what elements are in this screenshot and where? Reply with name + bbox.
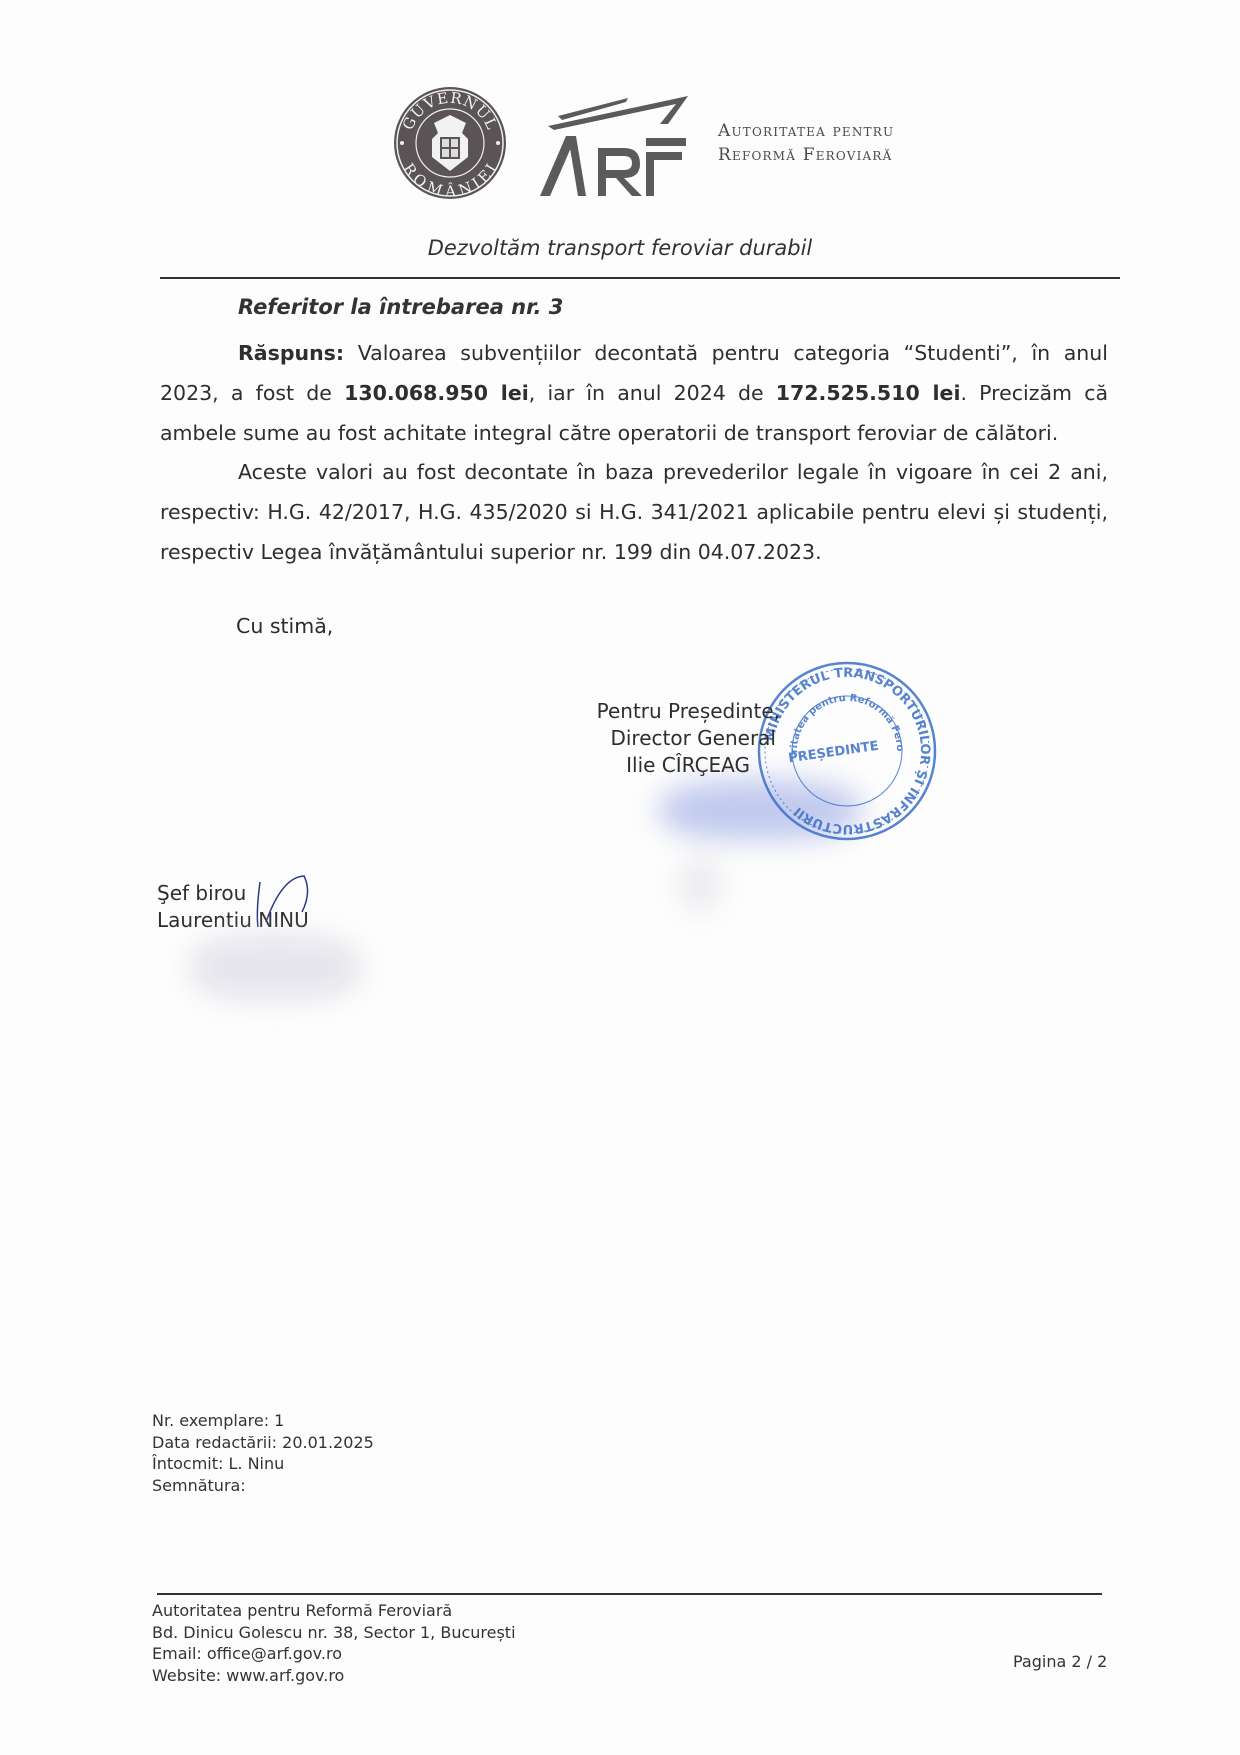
signatory-role: Pentru Președinte,	[560, 698, 780, 725]
footer-divider	[157, 1593, 1102, 1595]
signatory-title: Director General	[560, 725, 780, 752]
footer-email: Email: office@arf.gov.ro	[152, 1643, 516, 1665]
answer-text-b: , iar în anul 2024 de	[529, 381, 776, 405]
legal-basis-paragraph: Aceste valori au fost decontate în baza …	[160, 452, 1108, 572]
answer-label: Răspuns:	[238, 341, 344, 365]
tagline: Dezvoltăm transport feroviar durabil	[0, 236, 1240, 260]
document-metadata: Nr. exemplare: 1 Data redactării: 20.01.…	[152, 1410, 374, 1496]
page-number: Pagina 2 / 2	[1013, 1652, 1107, 1671]
redacted-mark	[680, 860, 720, 910]
government-seal-icon: GUVERNUL ROMÂNIEI	[392, 85, 508, 201]
arf-logo-icon	[528, 88, 698, 198]
footer-address: Bd. Dinicu Golescu nr. 38, Sector 1, Buc…	[152, 1622, 516, 1644]
copies-count: Nr. exemplare: 1	[152, 1410, 374, 1432]
signatory-block: Pentru Președinte, Director General Ilie…	[560, 698, 780, 779]
redacted-signature	[190, 935, 360, 1000]
question-reference: Referitor la întrebarea nr. 3	[238, 295, 563, 319]
drafting-date: Data redactării: 20.01.2025	[152, 1432, 374, 1454]
org-name-line-2: Reformă Feroviară	[718, 143, 894, 167]
official-stamp-icon: MINISTERUL TRANSPORTURILOR ȘI INFRASTRUC…	[752, 656, 942, 846]
svg-text:PREȘEDINTE: PREȘEDINTE	[787, 739, 879, 767]
footer-website: Website: www.arf.gov.ro	[152, 1665, 516, 1687]
footer-contact: Autoritatea pentru Reformă Feroviară Bd.…	[152, 1600, 516, 1686]
header-divider	[160, 277, 1120, 279]
prepared-by: Întocmit: L. Ninu	[152, 1453, 374, 1475]
organization-name: Autoritatea pentru Reformă Feroviară	[718, 119, 894, 167]
answer-paragraph: Răspuns: Valoarea subvențiilor decontată…	[160, 333, 1108, 453]
amount-2024: 172.525.510 lei	[776, 381, 961, 405]
signatory-name: Ilie CÎRÇEAG	[560, 752, 780, 779]
footer-org: Autoritatea pentru Reformă Feroviară	[152, 1600, 516, 1622]
org-name-line-1: Autoritatea pentru	[718, 119, 894, 143]
closing-salutation: Cu stimă,	[236, 614, 333, 638]
signature-label: Semnătura:	[152, 1475, 374, 1497]
amount-2023: 130.068.950 lei	[344, 381, 529, 405]
handwritten-signature-icon	[252, 872, 322, 932]
